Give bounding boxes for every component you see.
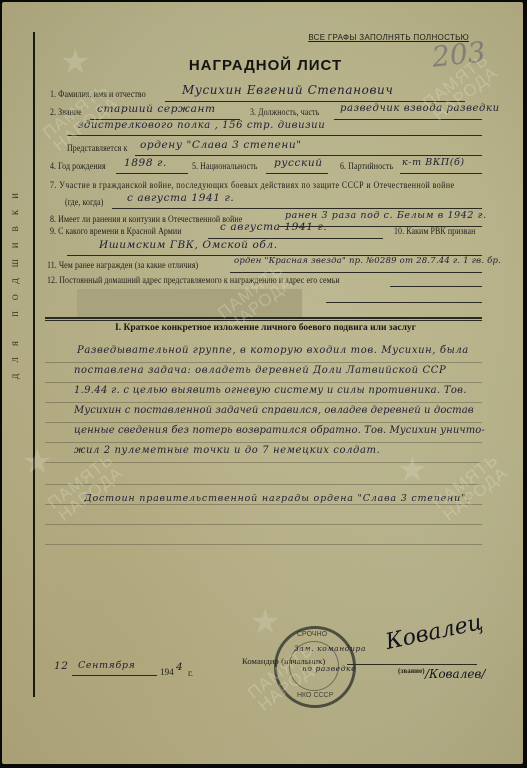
binding-margin-line [33, 32, 35, 697]
section-heading-rule [45, 320, 482, 321]
field-6-label: 6. Партийность [340, 161, 393, 171]
date-g: г. [188, 668, 193, 678]
commander-name: /Ковалев/ [425, 667, 485, 681]
stamp-text-top: СРОЧНО [297, 631, 327, 638]
narrative-conclusion: Достоин правительственной награды ордена… [84, 493, 470, 504]
field-2-label: 2. Звание [50, 107, 82, 117]
field-12-bottom-rule [45, 317, 482, 319]
field-5-label: 5. Национальность [192, 161, 257, 171]
field-1-value: Мусихин Евгений Степанович [182, 83, 393, 97]
field-4-value: 1898 г. [124, 157, 167, 169]
field-9-label: 9. С какого времени в Красной Армии [50, 226, 182, 236]
watermark-star-icon: ★ [250, 602, 280, 642]
side-margin-text: ДЛЯ ПОДШИВКИ [11, 182, 20, 379]
field-4-label: 4. Год рождения [50, 161, 106, 171]
field-2-value: старший сержант [97, 103, 216, 115]
field-3-line [334, 119, 482, 120]
field-10-value: Ишимским ГВК, Омской обл. [99, 239, 278, 251]
commander-line [347, 664, 477, 665]
field-6-value: к-т ВКП(б) [402, 157, 465, 168]
narrative-line-4: Мусихин с поставленной задачей справился… [74, 405, 474, 416]
narrative-line-3: 1.9.44 г. с целью выявить огневую систем… [74, 385, 467, 396]
date-line [72, 675, 157, 676]
field-11-value: орден "Красная звезда" пр. №0289 от 28.7… [234, 256, 501, 266]
narrative-line-6: жил 2 пулеметные точки и до 7 немецких с… [74, 445, 380, 456]
commander-rank-line-2: по разведке [302, 664, 356, 673]
field-12-label: 12. Постоянный домашний адрес представля… [47, 275, 340, 285]
field-11-line [230, 272, 482, 273]
field-4-line [116, 173, 188, 174]
field-3-value: разведчик взвода разведки [340, 103, 500, 114]
commander-rank-line-1: Зам. командира [294, 644, 366, 653]
field-7-line [112, 208, 482, 209]
field-12-line [390, 286, 482, 287]
rank-label: (звание) [398, 667, 425, 675]
ruled-line [45, 544, 482, 545]
date-month: Сентября [78, 660, 135, 671]
narrative-line-5: ценные сведения без потерь возвратился о… [74, 425, 485, 436]
narrative-line-2: поставлена задача: овладеть деревней Дол… [74, 365, 446, 376]
field-3-label: 3. Должность, часть [250, 107, 319, 117]
field-10-label: 10. Каким РВК призван [394, 226, 475, 236]
represented-label: Представляется к [67, 143, 127, 153]
redacted-address-block [77, 289, 302, 319]
field-3-line-2 [67, 135, 482, 136]
field-5-line [266, 173, 328, 174]
date-year-suffix: 4 [176, 661, 183, 673]
field-7-label: 7. Участие в гражданской войне, последую… [50, 180, 454, 190]
field-9-value: с августа 1941 г. [220, 221, 327, 233]
ruled-line [45, 382, 482, 383]
award-sheet-paper: ДЛЯ ПОДШИВКИ ВСЕ ГРАФЫ ЗАПОЛНЯТЬ ПОЛНОСТ… [2, 2, 523, 764]
narrative-line-1: Разведывательной группе, в которую входи… [77, 345, 469, 356]
represented-line [135, 155, 482, 156]
ruled-line [45, 484, 482, 485]
field-8-value: ранен 3 раза под с. Белым в 1942 г. [285, 210, 487, 221]
document-title: НАГРАДНОЙ ЛИСТ [2, 57, 527, 74]
field-8-label: 8. Имеет ли ранения и контузии в Отечест… [50, 214, 242, 224]
ruled-line [45, 524, 482, 525]
field-6-line [400, 173, 482, 174]
field-11-label: 11. Чем ранее награжден (за какие отличи… [47, 260, 198, 270]
section-1-heading: I. Краткое конкретное изложение личного … [2, 323, 527, 333]
field-7-label-cont: (где, когда) [65, 197, 104, 207]
commander-signature: Ковалец [383, 610, 485, 655]
field-12-line-2 [326, 302, 482, 303]
field-1-line [165, 101, 465, 102]
ruled-line [45, 362, 482, 363]
date-day: 12 [54, 660, 69, 672]
field-7-value: с августа 1941 г. [127, 192, 234, 204]
represented-value: ордену "Слава 3 степени" [140, 139, 302, 151]
date-year-prefix: 194 [160, 667, 174, 677]
ruled-line [45, 504, 482, 505]
stamp-text-bottom: НКО СССР [297, 692, 333, 699]
ruled-line [45, 462, 482, 463]
field-3-value-cont: здистрелкового полка , 156 стр. дивизии [78, 120, 325, 131]
field-1-label: 1. Фамилия, имя и отчество [50, 89, 146, 99]
field-5-value: русский [274, 157, 323, 169]
ruled-line [45, 422, 482, 423]
ruled-line [45, 442, 482, 443]
ruled-line [45, 402, 482, 403]
